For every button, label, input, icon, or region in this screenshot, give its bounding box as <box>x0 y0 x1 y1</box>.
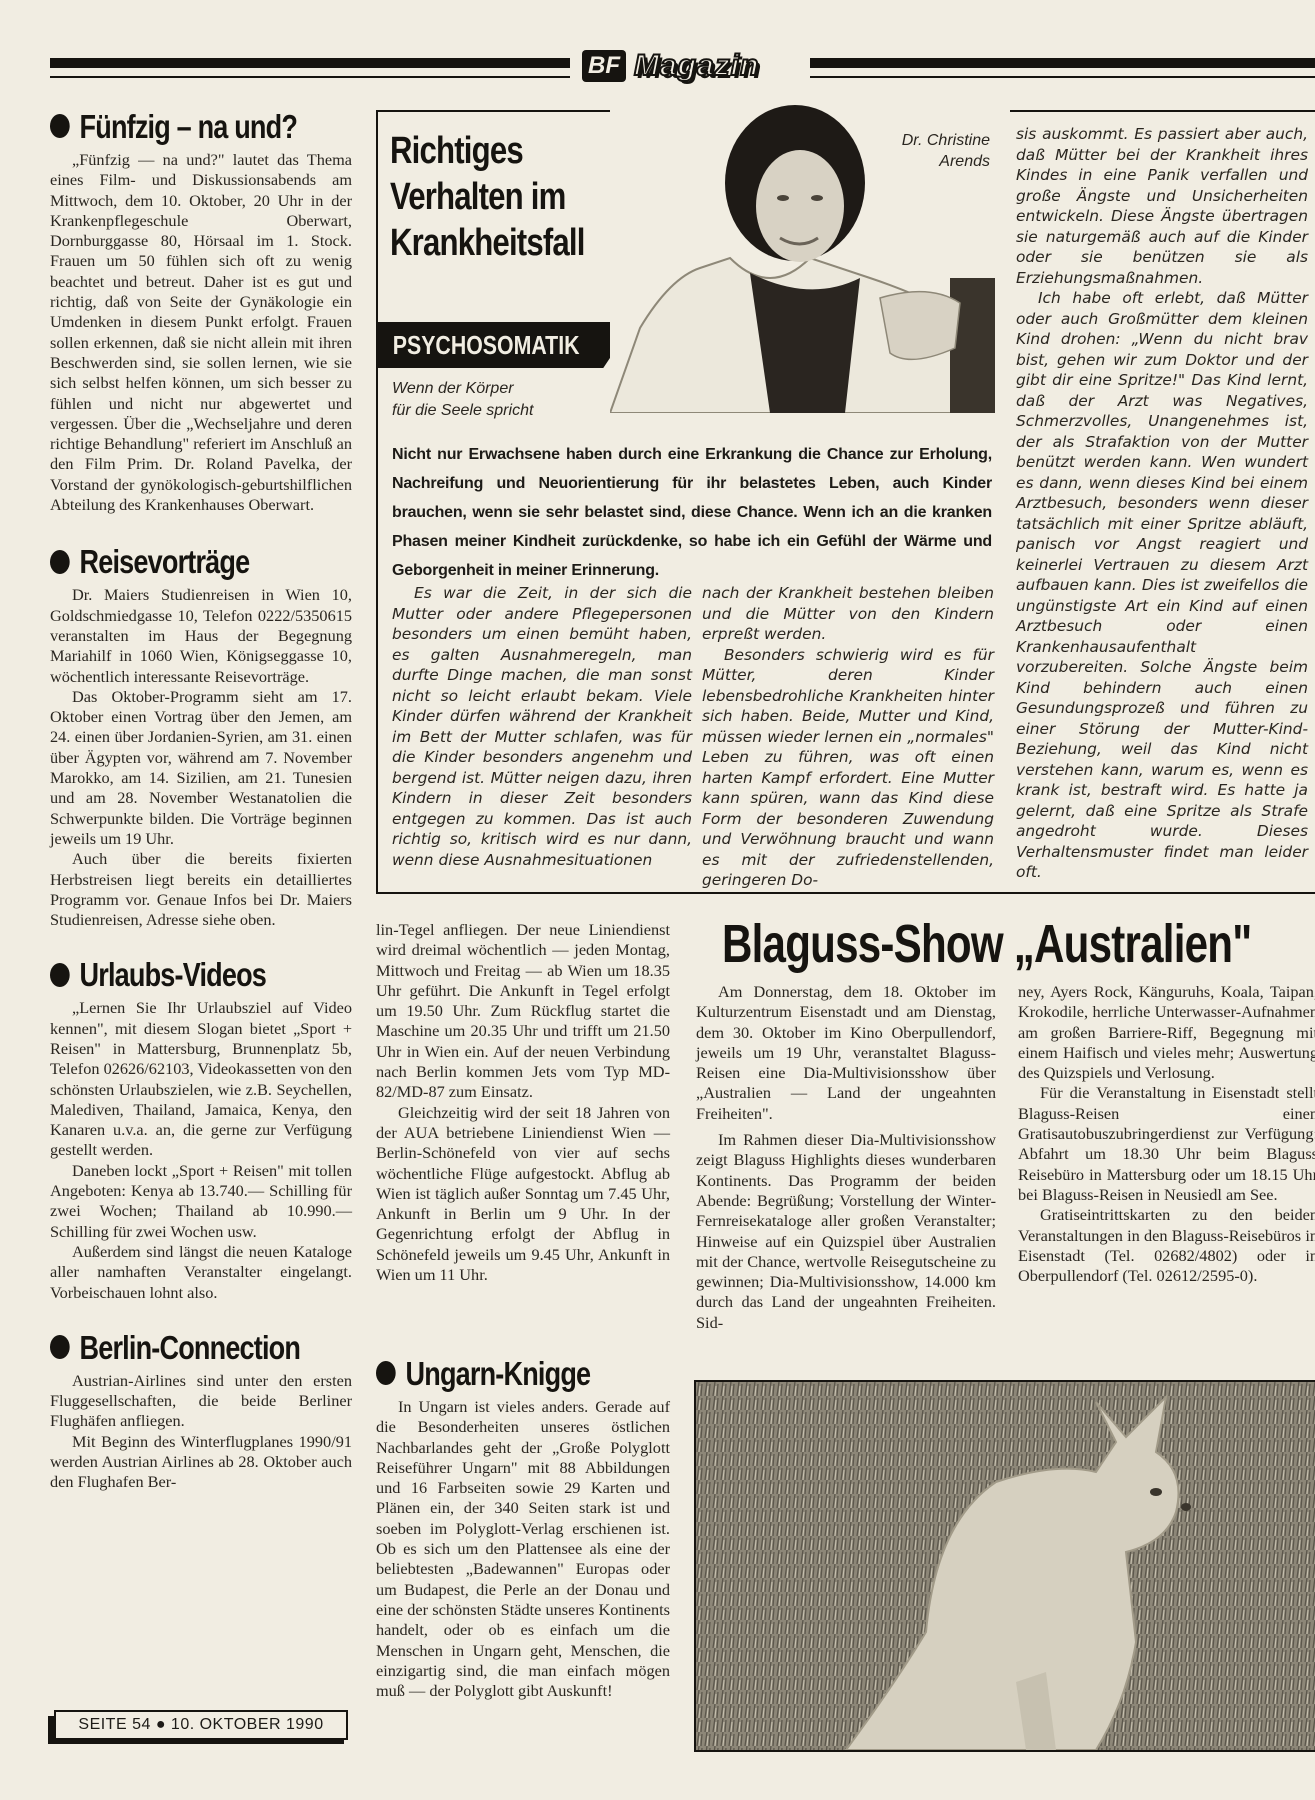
feature-subtitle: Wenn der Körper für die Seele spricht <box>392 378 612 422</box>
article-headline: Ungarn-Knigge <box>376 1355 617 1397</box>
bullet-dot-icon <box>50 1335 70 1359</box>
feature-column-1: Es war die Zeit, in der sich die Mutter … <box>392 583 692 870</box>
paragraph: Ich habe oft erlebt, daß Mütter oder auc… <box>1016 288 1308 883</box>
paragraph: lin-Tegel anfliegen. Der neue Liniendien… <box>376 920 670 1103</box>
paragraph: ney, Ayers Rock, Känguruhs, Koala, Taipa… <box>1018 982 1315 1083</box>
article-body: Austrian-Airlines sind unter den ersten … <box>50 1371 352 1493</box>
paragraph: nach der Krankheit bestehen bleiben und … <box>702 583 994 645</box>
bullet-dot-icon <box>50 963 70 987</box>
article-headline: Fünfzig – na und? <box>50 108 298 150</box>
paragraph: Gleichzeitig wird der seit 18 Jahren von… <box>376 1103 670 1286</box>
feature-headline-line: Krankheitsfall <box>390 220 595 266</box>
article-body: Dr. Maiers Studienreisen in Wien 10, Gol… <box>50 585 352 930</box>
masthead-rule-right-thin <box>810 76 1315 78</box>
caption-line: Arends <box>840 151 990 172</box>
feature-lead: Nicht nur Erwachsene haben durch eine Er… <box>392 440 992 585</box>
blaguss-headline-wrap: Blaguss-Show „Australien" <box>722 912 1315 976</box>
logo-script: Magazin <box>634 49 759 83</box>
caption-line: Dr. Christine <box>840 130 990 151</box>
blaguss-headline: Blaguss-Show „Australien" <box>722 912 1190 976</box>
logo-box: BF <box>582 50 626 82</box>
article-urlaubs-videos: Urlaubs-Videos „Lernen Sie Ihr Urlaubszi… <box>50 956 352 1302</box>
article-headline: Reisevorträge <box>50 543 298 585</box>
masthead-logo: BF Magazin <box>582 48 759 84</box>
page-number-date: SEITE 54 ● 10. OKTOBER 1990 <box>54 1710 348 1740</box>
paragraph: Für die Veranstaltung in Eisenstadt stel… <box>1018 1083 1315 1205</box>
article-fuenfzig: Fünfzig – na und? „Fünfzig — na und?" la… <box>50 108 352 515</box>
feature-column-3: sis auskommt. Es passiert aber auch, daß… <box>1016 124 1308 883</box>
feature-headline-line: Verhalten im <box>390 174 595 220</box>
kangaroo-photo-icon <box>696 1382 1315 1750</box>
blaguss-column-2: ney, Ayers Rock, Känguruhs, Koala, Taipa… <box>1018 982 1315 1286</box>
article-body: „Lernen Sie Ihr Urlaubsziel auf Video ke… <box>50 998 352 1302</box>
kicker-banner: PSYCHOSOMATIK <box>378 322 634 368</box>
paragraph: sis auskommt. Es passiert aber auch, daß… <box>1016 124 1308 288</box>
subtitle-line: Wenn der Körper <box>392 378 612 400</box>
article-headline: Urlaubs-Videos <box>50 956 298 998</box>
blaguss-column-1: Am Donnerstag, dem 18. Oktober im Kultur… <box>696 982 996 1333</box>
article-berlin-connection: Berlin-Connection Austrian-Airlines sind… <box>50 1329 352 1493</box>
masthead-rule-left <box>50 58 570 68</box>
paragraph: Gratiseintrittskarten zu den beiden Vera… <box>1018 1205 1315 1286</box>
article-ungarn-knigge: Ungarn-Knigge In Ungarn ist vieles ander… <box>376 1355 670 1701</box>
bullet-dot-icon <box>50 114 70 138</box>
paragraph: Am Donnerstag, dem 18. Oktober im Kultur… <box>696 982 996 1124</box>
feature-headline-line: Richtiges <box>390 128 595 174</box>
article-body: In Ungarn ist vieles anders. Gerade auf … <box>376 1397 670 1701</box>
left-column: Fünfzig – na und? „Fünfzig — na und?" la… <box>50 108 352 1493</box>
paragraph: Es war die Zeit, in der sich die Mutter … <box>392 583 692 870</box>
article-reisevortraege: Reisevorträge Dr. Maiers Studienreisen i… <box>50 543 352 930</box>
feature-column-2: nach der Krankheit bestehen bleiben und … <box>702 583 994 891</box>
bullet-dot-icon <box>50 550 70 574</box>
kangaroo-photo <box>694 1380 1315 1752</box>
masthead-rule-left-thin <box>50 76 570 78</box>
subtitle-line: für die Seele spricht <box>392 400 612 422</box>
masthead-rule-right <box>810 58 1315 68</box>
bullet-dot-icon <box>376 1361 396 1385</box>
kicker-label: PSYCHOSOMATIK <box>378 322 588 368</box>
article-body: „Fünfzig — na und?" lautet das Thema ein… <box>50 150 352 515</box>
page-footer: SEITE 54 ● 10. OKTOBER 1990 <box>48 1710 348 1740</box>
paragraph: Im Rahmen dieser Dia-Multivisionsshow ze… <box>696 1130 996 1333</box>
paragraph: Besonders schwierig wird es für Mütter, … <box>702 645 994 891</box>
berlin-connection-continued: lin-Tegel anfliegen. Der neue Liniendien… <box>376 920 670 1285</box>
photo-caption: Dr. Christine Arends <box>840 130 990 172</box>
feature-headline: Richtiges Verhalten im Krankheitsfall <box>390 128 640 266</box>
article-headline: Berlin-Connection <box>50 1329 298 1371</box>
